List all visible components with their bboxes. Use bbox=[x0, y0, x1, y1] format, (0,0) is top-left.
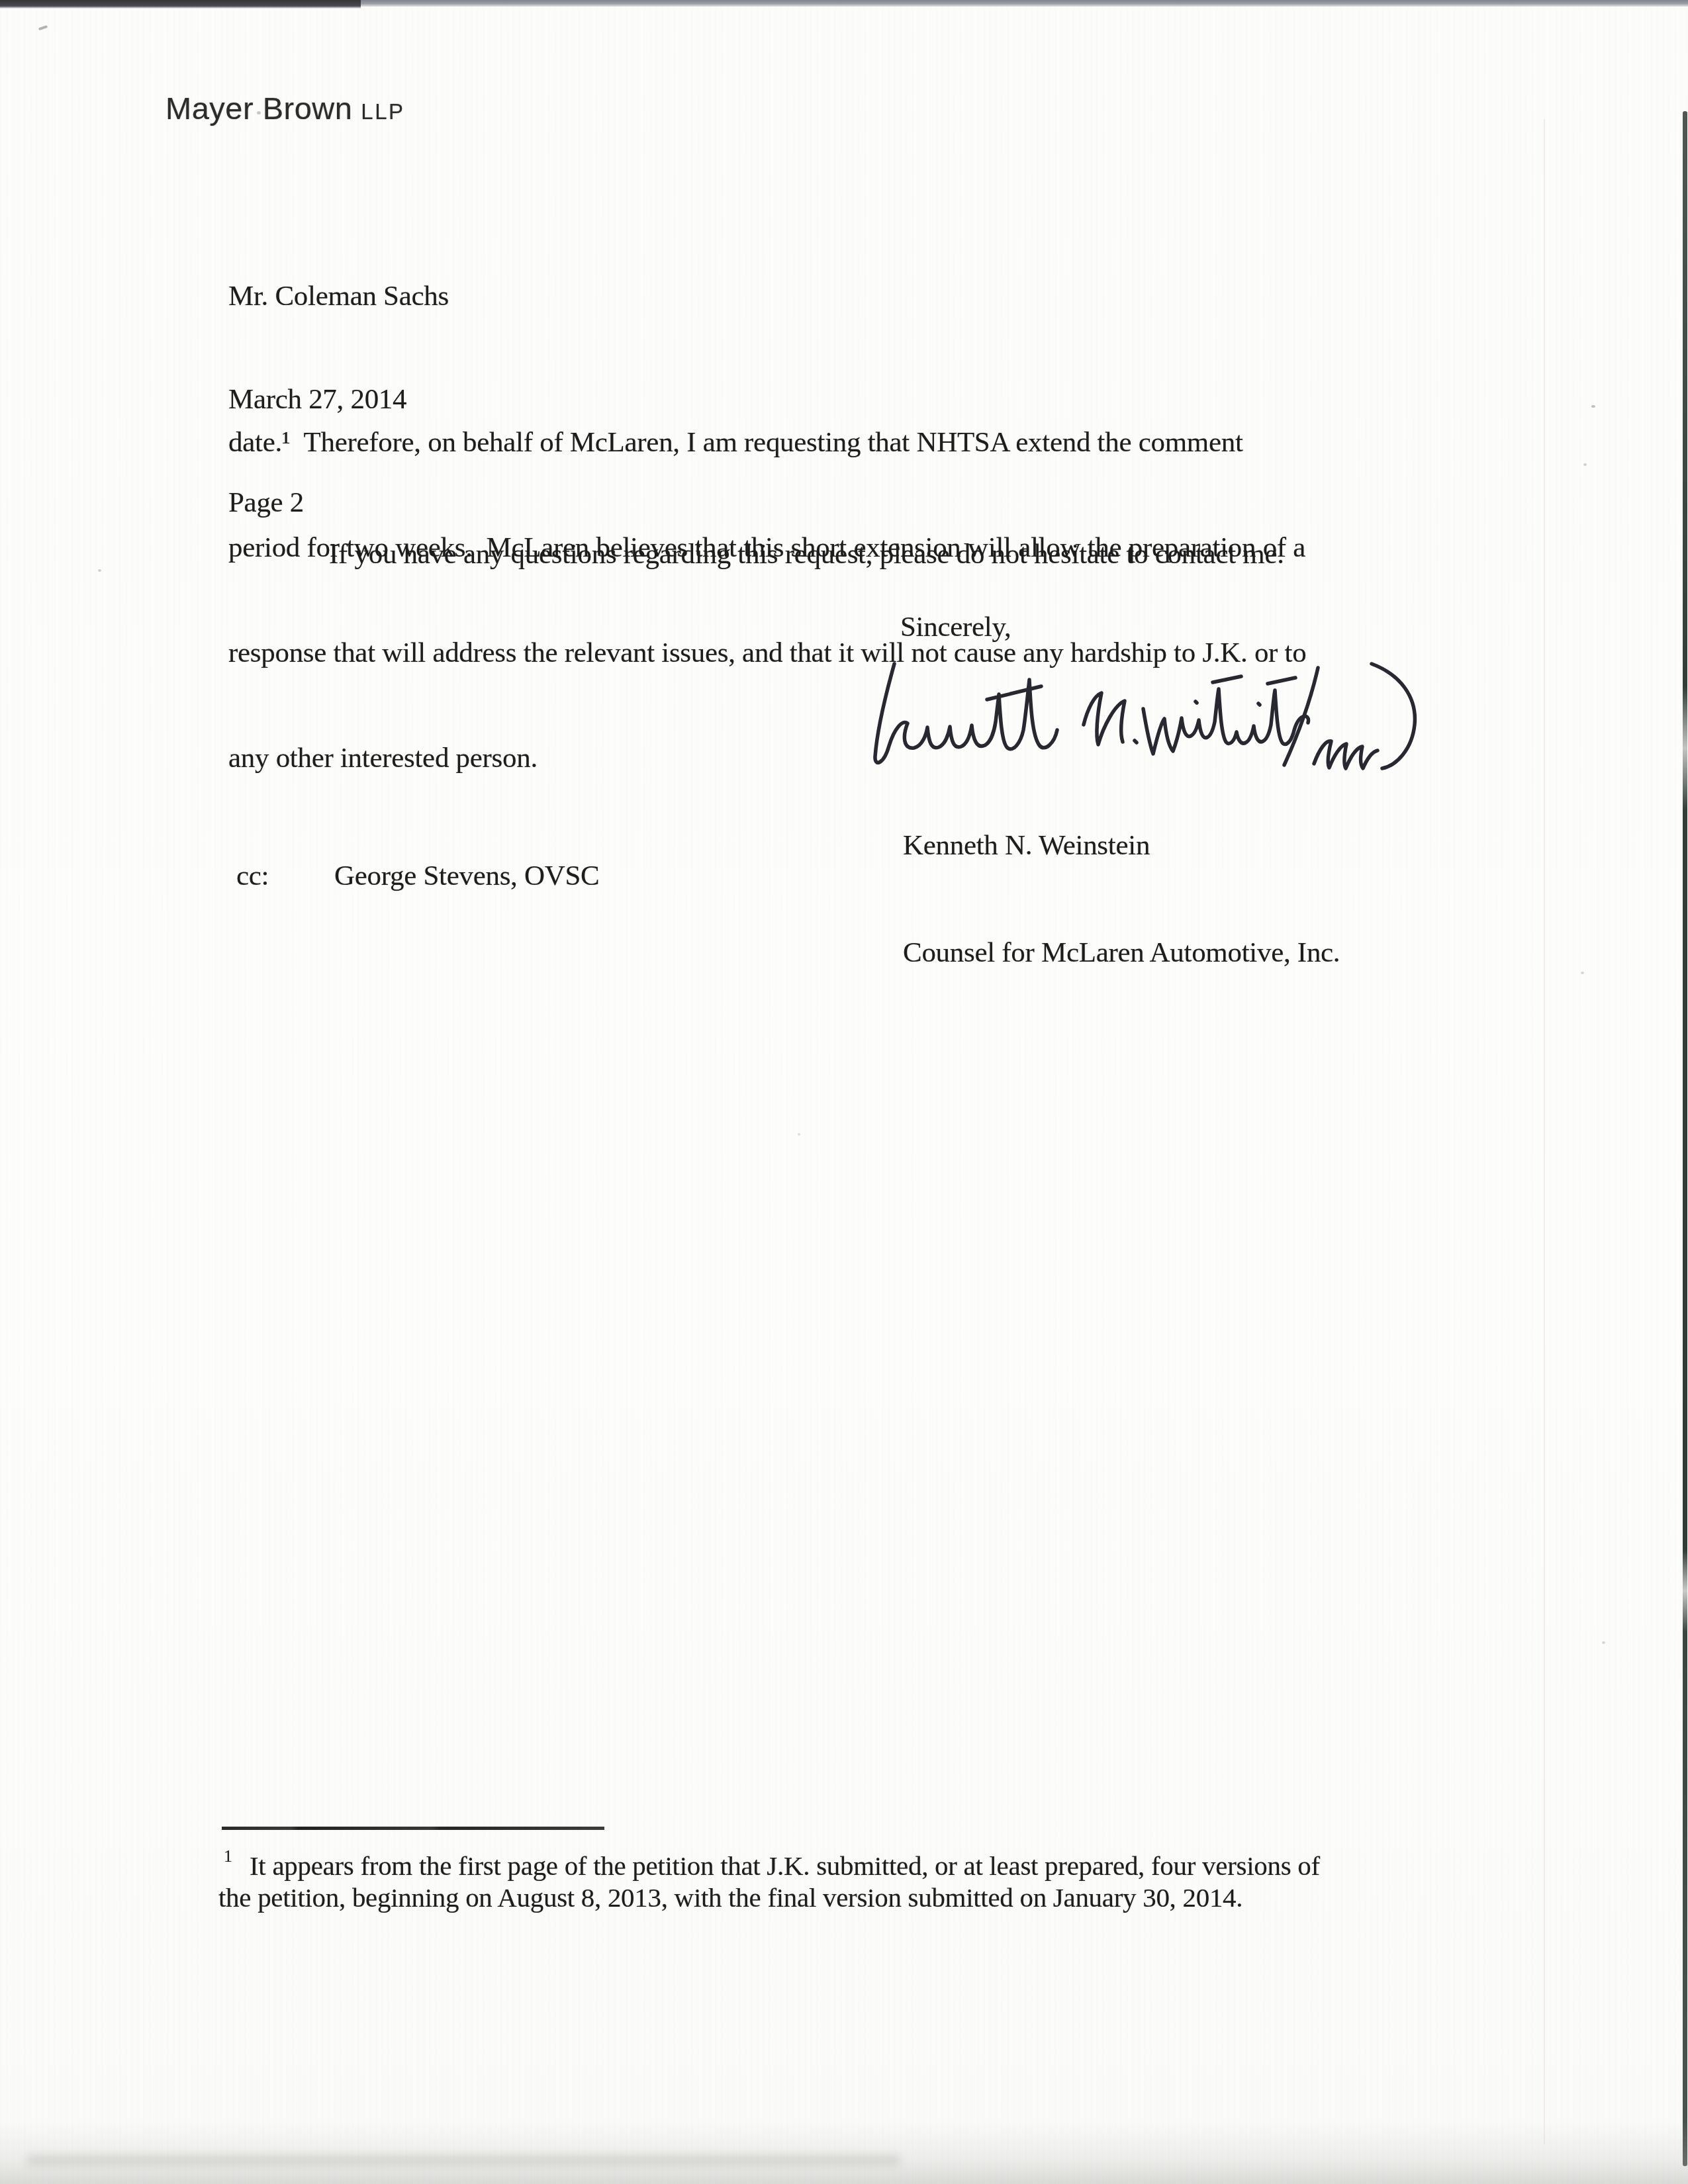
paragraph-line: date.¹ Therefore, on behalf of McLaren, … bbox=[228, 425, 1306, 460]
scan-speck bbox=[1581, 972, 1584, 974]
scan-speck bbox=[1583, 463, 1587, 466]
footnote-line: 1It appears from the first page of the p… bbox=[224, 1846, 1320, 1882]
letterhead-firm-name: Mayer Brown bbox=[165, 91, 352, 126]
footnote-separator-rule bbox=[222, 1827, 604, 1830]
body-paragraph-2: If you have any questions regarding this… bbox=[329, 538, 1284, 570]
scan-speck bbox=[98, 569, 101, 572]
scan-smear-artifact bbox=[26, 2155, 900, 2165]
letterhead-llp-suffix: LLP bbox=[361, 99, 404, 124]
footnote-marker: 1 bbox=[224, 1846, 232, 1866]
scan-speck bbox=[1591, 405, 1595, 408]
signer-title: Counsel for McLaren Automotive, Inc. bbox=[903, 935, 1340, 971]
scan-speck bbox=[38, 25, 48, 30]
scan-right-edge-artifact bbox=[1683, 111, 1687, 2166]
scan-streak-artifact bbox=[1544, 119, 1545, 2144]
recipient-name: Mr. Coleman Sachs bbox=[228, 279, 449, 314]
footnote-text: It appears from the first page of the pe… bbox=[250, 1850, 1320, 1881]
footnote-line: the petition, beginning on August 8, 201… bbox=[218, 1882, 1243, 1913]
scan-speck bbox=[1602, 1641, 1605, 1644]
cc-label: cc: bbox=[236, 860, 269, 892]
scanned-letter-page: Mayer BrownLLP Mr. Coleman Sachs March 2… bbox=[0, 0, 1688, 2184]
signature-block: Kenneth N. Weinstein Counsel for McLaren… bbox=[903, 756, 1340, 1042]
letterhead: Mayer BrownLLP bbox=[165, 90, 405, 126]
signer-name: Kenneth N. Weinstein bbox=[903, 828, 1340, 864]
cc-value: George Stevens, OVSC bbox=[334, 860, 600, 892]
scan-bottom-edge-artifact bbox=[0, 2121, 1688, 2184]
scan-top-edge-dark-artifact bbox=[0, 0, 361, 9]
scan-speck bbox=[798, 1133, 800, 1136]
